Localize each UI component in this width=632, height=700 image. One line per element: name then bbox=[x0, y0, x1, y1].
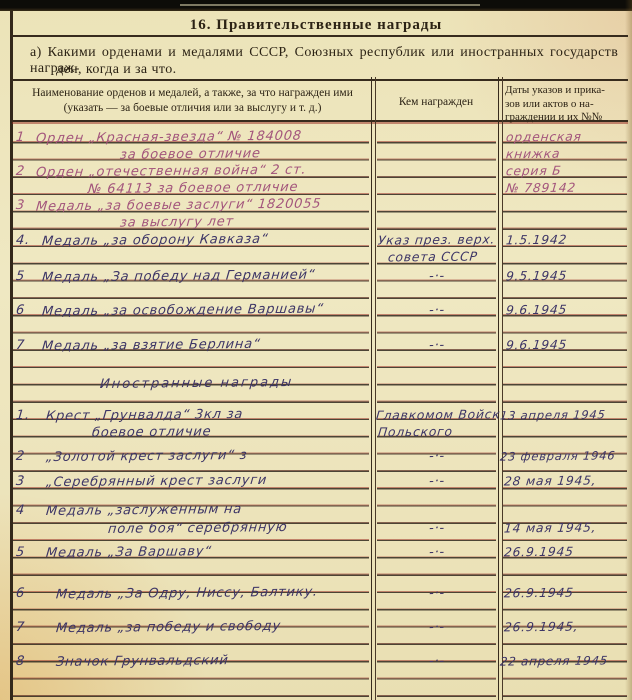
award-number: 2 bbox=[15, 164, 25, 179]
awarded-by-line: Главкомом Войск bbox=[375, 407, 501, 422]
award-name-line: Медаль „за освобождение Варшавы“ bbox=[41, 302, 324, 320]
award-number: 5 bbox=[15, 545, 25, 560]
ditto-mark: -·- bbox=[377, 268, 496, 284]
awarded-by-line: совета СССР bbox=[387, 250, 478, 265]
column-header-name-line1: Наименование орденов и медалей, а также,… bbox=[32, 87, 353, 99]
intro-line-2: ден, когда и за что. bbox=[56, 62, 177, 78]
ditto-mark: -·- bbox=[377, 448, 496, 464]
scan-edge-top bbox=[0, 0, 632, 11]
award-number: 8 bbox=[15, 654, 25, 669]
award-name-line: Медаль „За победу над Германией“ bbox=[41, 268, 316, 286]
awarded-by-line: Указ през. верх. bbox=[377, 232, 496, 247]
award-date: 26.9.1945 bbox=[503, 545, 574, 560]
award-name-line: боевое отличие bbox=[91, 424, 212, 440]
award-number: 5 bbox=[15, 269, 25, 284]
column-header-dates-line3: граждении и их №№ bbox=[505, 111, 602, 123]
award-number: 3 bbox=[15, 198, 25, 213]
ditto-mark: -·- bbox=[377, 473, 496, 489]
award-number: 1 bbox=[15, 130, 25, 145]
award-name-line: „Серебрянный крест заслуги bbox=[45, 473, 267, 490]
awarded-by-line: Польского bbox=[377, 425, 453, 440]
award-number: 4 bbox=[15, 503, 25, 518]
award-date: 23 февраля 1946 bbox=[499, 448, 616, 463]
ditto-mark: -·- bbox=[377, 619, 496, 635]
column-header-dates: Даты указов и прика- зов или актов о на-… bbox=[505, 84, 625, 125]
award-number: 1. bbox=[15, 408, 30, 423]
award-name-line: Медаль „за победу и свободу bbox=[55, 619, 281, 636]
award-note-line: серия Б bbox=[505, 164, 562, 179]
award-name-line: Медаль „За Варшаву“ bbox=[45, 544, 212, 561]
column-header-awarded-by: Кем награжден bbox=[376, 96, 496, 108]
award-date: 26.9.1945 bbox=[503, 586, 574, 601]
award-date: 28 мая 1945, bbox=[503, 474, 597, 489]
rule-under-title bbox=[12, 35, 628, 37]
award-name-line: Медаль „За Одру, Ниссу, Балтику. bbox=[55, 585, 318, 603]
award-note-line: книжка bbox=[505, 147, 561, 162]
award-date: 22 апреля 1945 bbox=[499, 653, 608, 668]
award-date: 9.6.1945 bbox=[505, 303, 567, 318]
ditto-mark: -·- bbox=[377, 337, 496, 353]
foreign-awards-heading: Иностранные награды bbox=[99, 375, 294, 392]
award-name-line: „Золотой крест заслуги“ з bbox=[45, 448, 248, 465]
column-header-name: Наименование орденов и медалей, а также,… bbox=[20, 86, 365, 116]
award-name-line: Крест „Грунвалда“ 3кл за bbox=[45, 407, 244, 424]
award-name-line: Медаль „заслуженным на bbox=[45, 502, 242, 519]
column-header-name-line2: (указать — за боевые отличия или за высл… bbox=[64, 102, 322, 114]
award-name-line: № 64113 за боевое отличие bbox=[87, 180, 299, 197]
ditto-mark: -·- bbox=[377, 585, 496, 601]
ditto-mark: -·- bbox=[377, 302, 496, 318]
column-header-dates-line1: Даты указов и прика- bbox=[505, 84, 605, 96]
award-number: 6 bbox=[15, 303, 25, 318]
award-number: 2 bbox=[15, 449, 25, 464]
award-name-line: за боевое отличие bbox=[119, 146, 261, 162]
award-date: 9.6.1945 bbox=[505, 338, 567, 353]
rule-under-intro bbox=[12, 79, 628, 81]
award-name-line: Орден „отечественная война“ 2 ст. bbox=[35, 163, 307, 181]
award-date: 1.5.1942 bbox=[505, 233, 567, 248]
scanned-award-record-page: 16. Правительственные награды а) Какими … bbox=[0, 0, 632, 700]
award-name-line: Медаль „за взятие Берлина“ bbox=[41, 337, 261, 354]
award-name-line: Значок Грунвальдский bbox=[55, 653, 229, 670]
award-number: 6 bbox=[15, 586, 25, 601]
award-name-line: Медаль „за боевые заслуги“ 1820055 bbox=[35, 196, 322, 214]
award-name-line: поле боя“ серебрянную bbox=[107, 520, 288, 537]
section-title: 16. Правительственные награды bbox=[0, 17, 632, 34]
award-date: 13 апреля 1945 bbox=[499, 407, 606, 422]
column-divider-1 bbox=[371, 77, 376, 700]
ditto-mark: -·- bbox=[377, 544, 496, 560]
award-name-line: Медаль „за оборону Кавказа“ bbox=[41, 232, 269, 249]
award-name-line: Орден „Красная-звезда“ № 184008 bbox=[35, 129, 302, 147]
award-date: 14 мая 1945, bbox=[503, 521, 597, 536]
award-date: 9.5.1945 bbox=[505, 269, 567, 284]
award-note-line: № 789142 bbox=[505, 181, 576, 196]
award-note-line: орденская bbox=[505, 130, 582, 145]
award-date: 26.9.1945, bbox=[503, 620, 579, 635]
ditto-mark: -·- bbox=[377, 653, 496, 669]
award-name-line: за выслугу лет bbox=[119, 214, 234, 230]
award-number: 7 bbox=[15, 620, 25, 635]
ditto-mark: -·- bbox=[377, 520, 496, 536]
award-number: 7 bbox=[15, 338, 25, 353]
column-header-dates-line2: зов или актов о на- bbox=[505, 98, 594, 110]
award-number: 3 bbox=[15, 474, 25, 489]
award-number: 4. bbox=[15, 233, 30, 248]
